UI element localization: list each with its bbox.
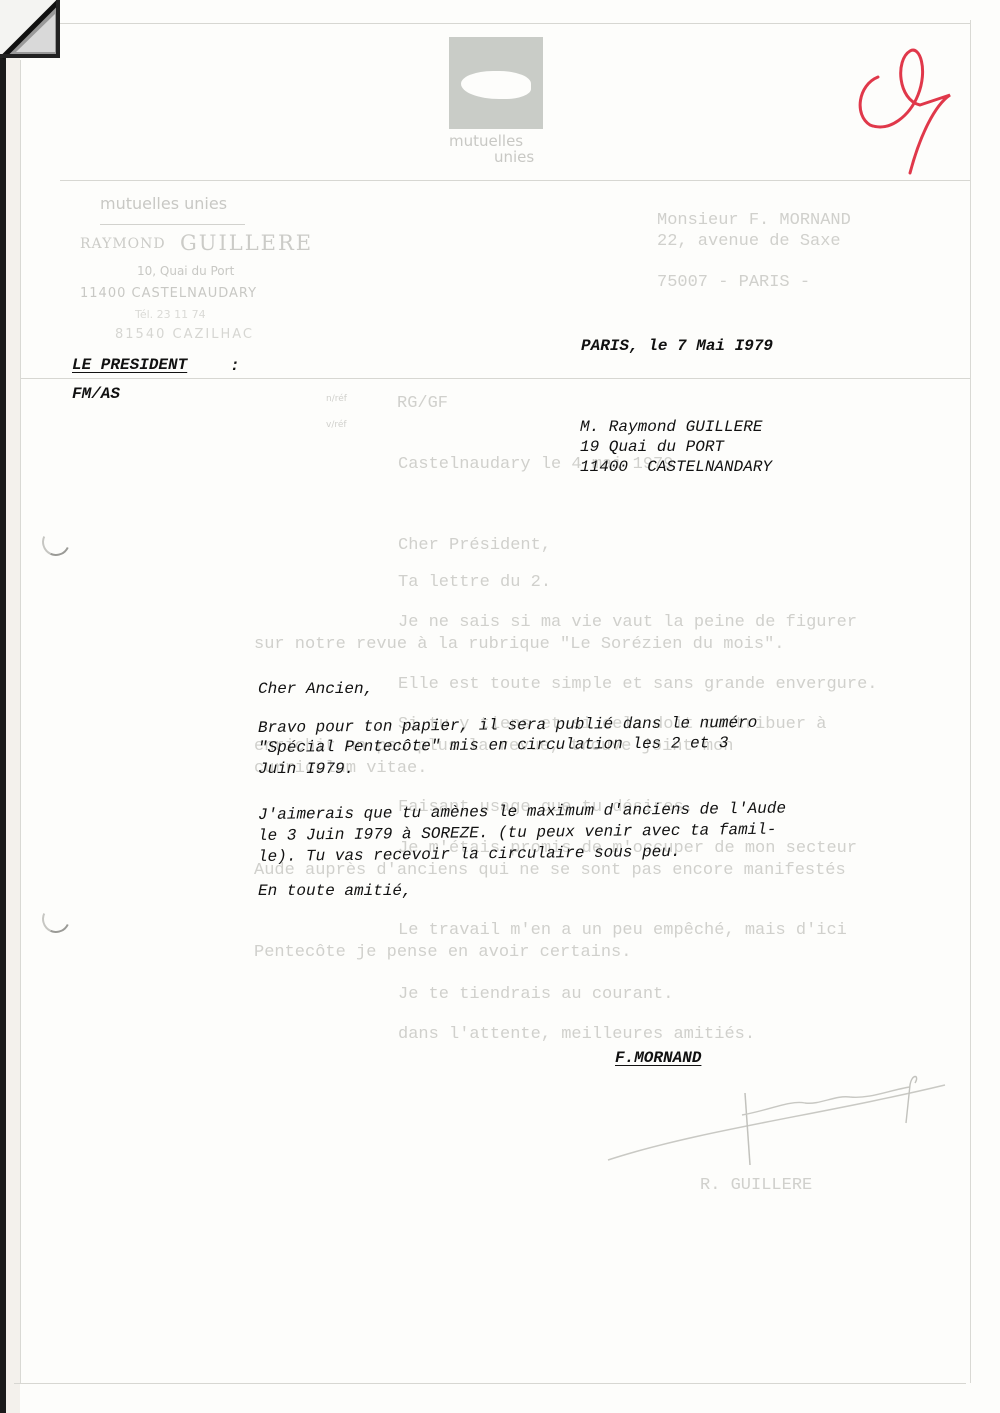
ghost-line: Ta lettre du 2. (398, 573, 551, 592)
mutuelles-unies-logo (449, 37, 543, 129)
ghost-line: Je te tiendrais au courant. (398, 985, 673, 1004)
ghost-reference: RG/GF (397, 394, 448, 413)
recipient-line-2: 19 Quai du PORT (580, 438, 724, 457)
reply-reference: FM/AS (72, 385, 120, 404)
president-name-small: RAYMOND (80, 236, 166, 252)
stamp-address-3: Tél. 23 11 74 (135, 308, 206, 321)
ref-label-ours: n/réf (326, 394, 347, 404)
ghost-line: Le travail m'en a un peu empêché, mais d… (398, 921, 847, 940)
stamp-address-2: 11400 CASTELNAUDARY (80, 286, 257, 301)
scanned-letter-page: mutuelles unies mutuelles unies RAYMOND … (0, 0, 1000, 1413)
ghost-line: dans l'attente, meilleures amitiés. (398, 1025, 755, 1044)
recipient-line-1: M. Raymond GUILLERE (580, 418, 762, 437)
logo-text-line2: unies (494, 148, 534, 166)
form-rule-bottom (14, 1383, 966, 1384)
ghost-recipient-2: 22, avenue de Saxe (657, 232, 841, 251)
paragraph-1-line: Juin I979. (258, 760, 354, 779)
ghost-line: Pentecôte je pense en avoir certains. (254, 943, 631, 962)
ghost-recipient-1: Monsieur F. MORNAND (657, 211, 851, 230)
page-margin-strip (6, 0, 20, 1413)
reply-place-date: PARIS, le 7 Mai I979 (581, 337, 773, 356)
form-rule-top (60, 23, 970, 24)
punch-hole (38, 901, 74, 937)
ghost-salutation: Cher Président, (398, 536, 551, 555)
president-name-large: GUILLERE (180, 231, 313, 255)
binder-clip-icon (0, 0, 62, 60)
recipient-line-3: 11400 CASTELNANDARY (580, 458, 772, 477)
org-stamp: mutuelles unies (100, 194, 227, 213)
reply-closing: En toute amitié, (258, 882, 412, 901)
sender-title-colon: : (230, 357, 240, 376)
ghost-line: Je ne sais si ma vie vaut la peine de fi… (398, 613, 857, 632)
form-rule-ref (20, 378, 970, 379)
punch-hole (38, 524, 74, 560)
stamp-address-4: 81540 CAZILHAC (115, 327, 254, 342)
reply-signature: F.MORNAND (615, 1049, 701, 1068)
ghost-line: sur notre revue à la rubrique "Le Sorézi… (254, 635, 785, 654)
form-rule-header (60, 180, 970, 181)
ghost-recipient-3: 75007 - PARIS - (657, 273, 810, 292)
ghost-line: Elle est toute simple et sans grande env… (398, 675, 877, 694)
stamp-rule (100, 224, 245, 225)
sender-title: LE PRESIDENT (72, 356, 187, 375)
reply-salutation: Cher Ancien, (258, 680, 373, 699)
ref-label-yours: v/réf (326, 420, 347, 430)
handwritten-page-number (840, 45, 960, 175)
form-rule-left (20, 60, 21, 1383)
stamp-address-1: 10, Quai du Port (137, 264, 234, 278)
form-rule-right (970, 20, 971, 1383)
handwritten-signature (600, 1075, 960, 1185)
